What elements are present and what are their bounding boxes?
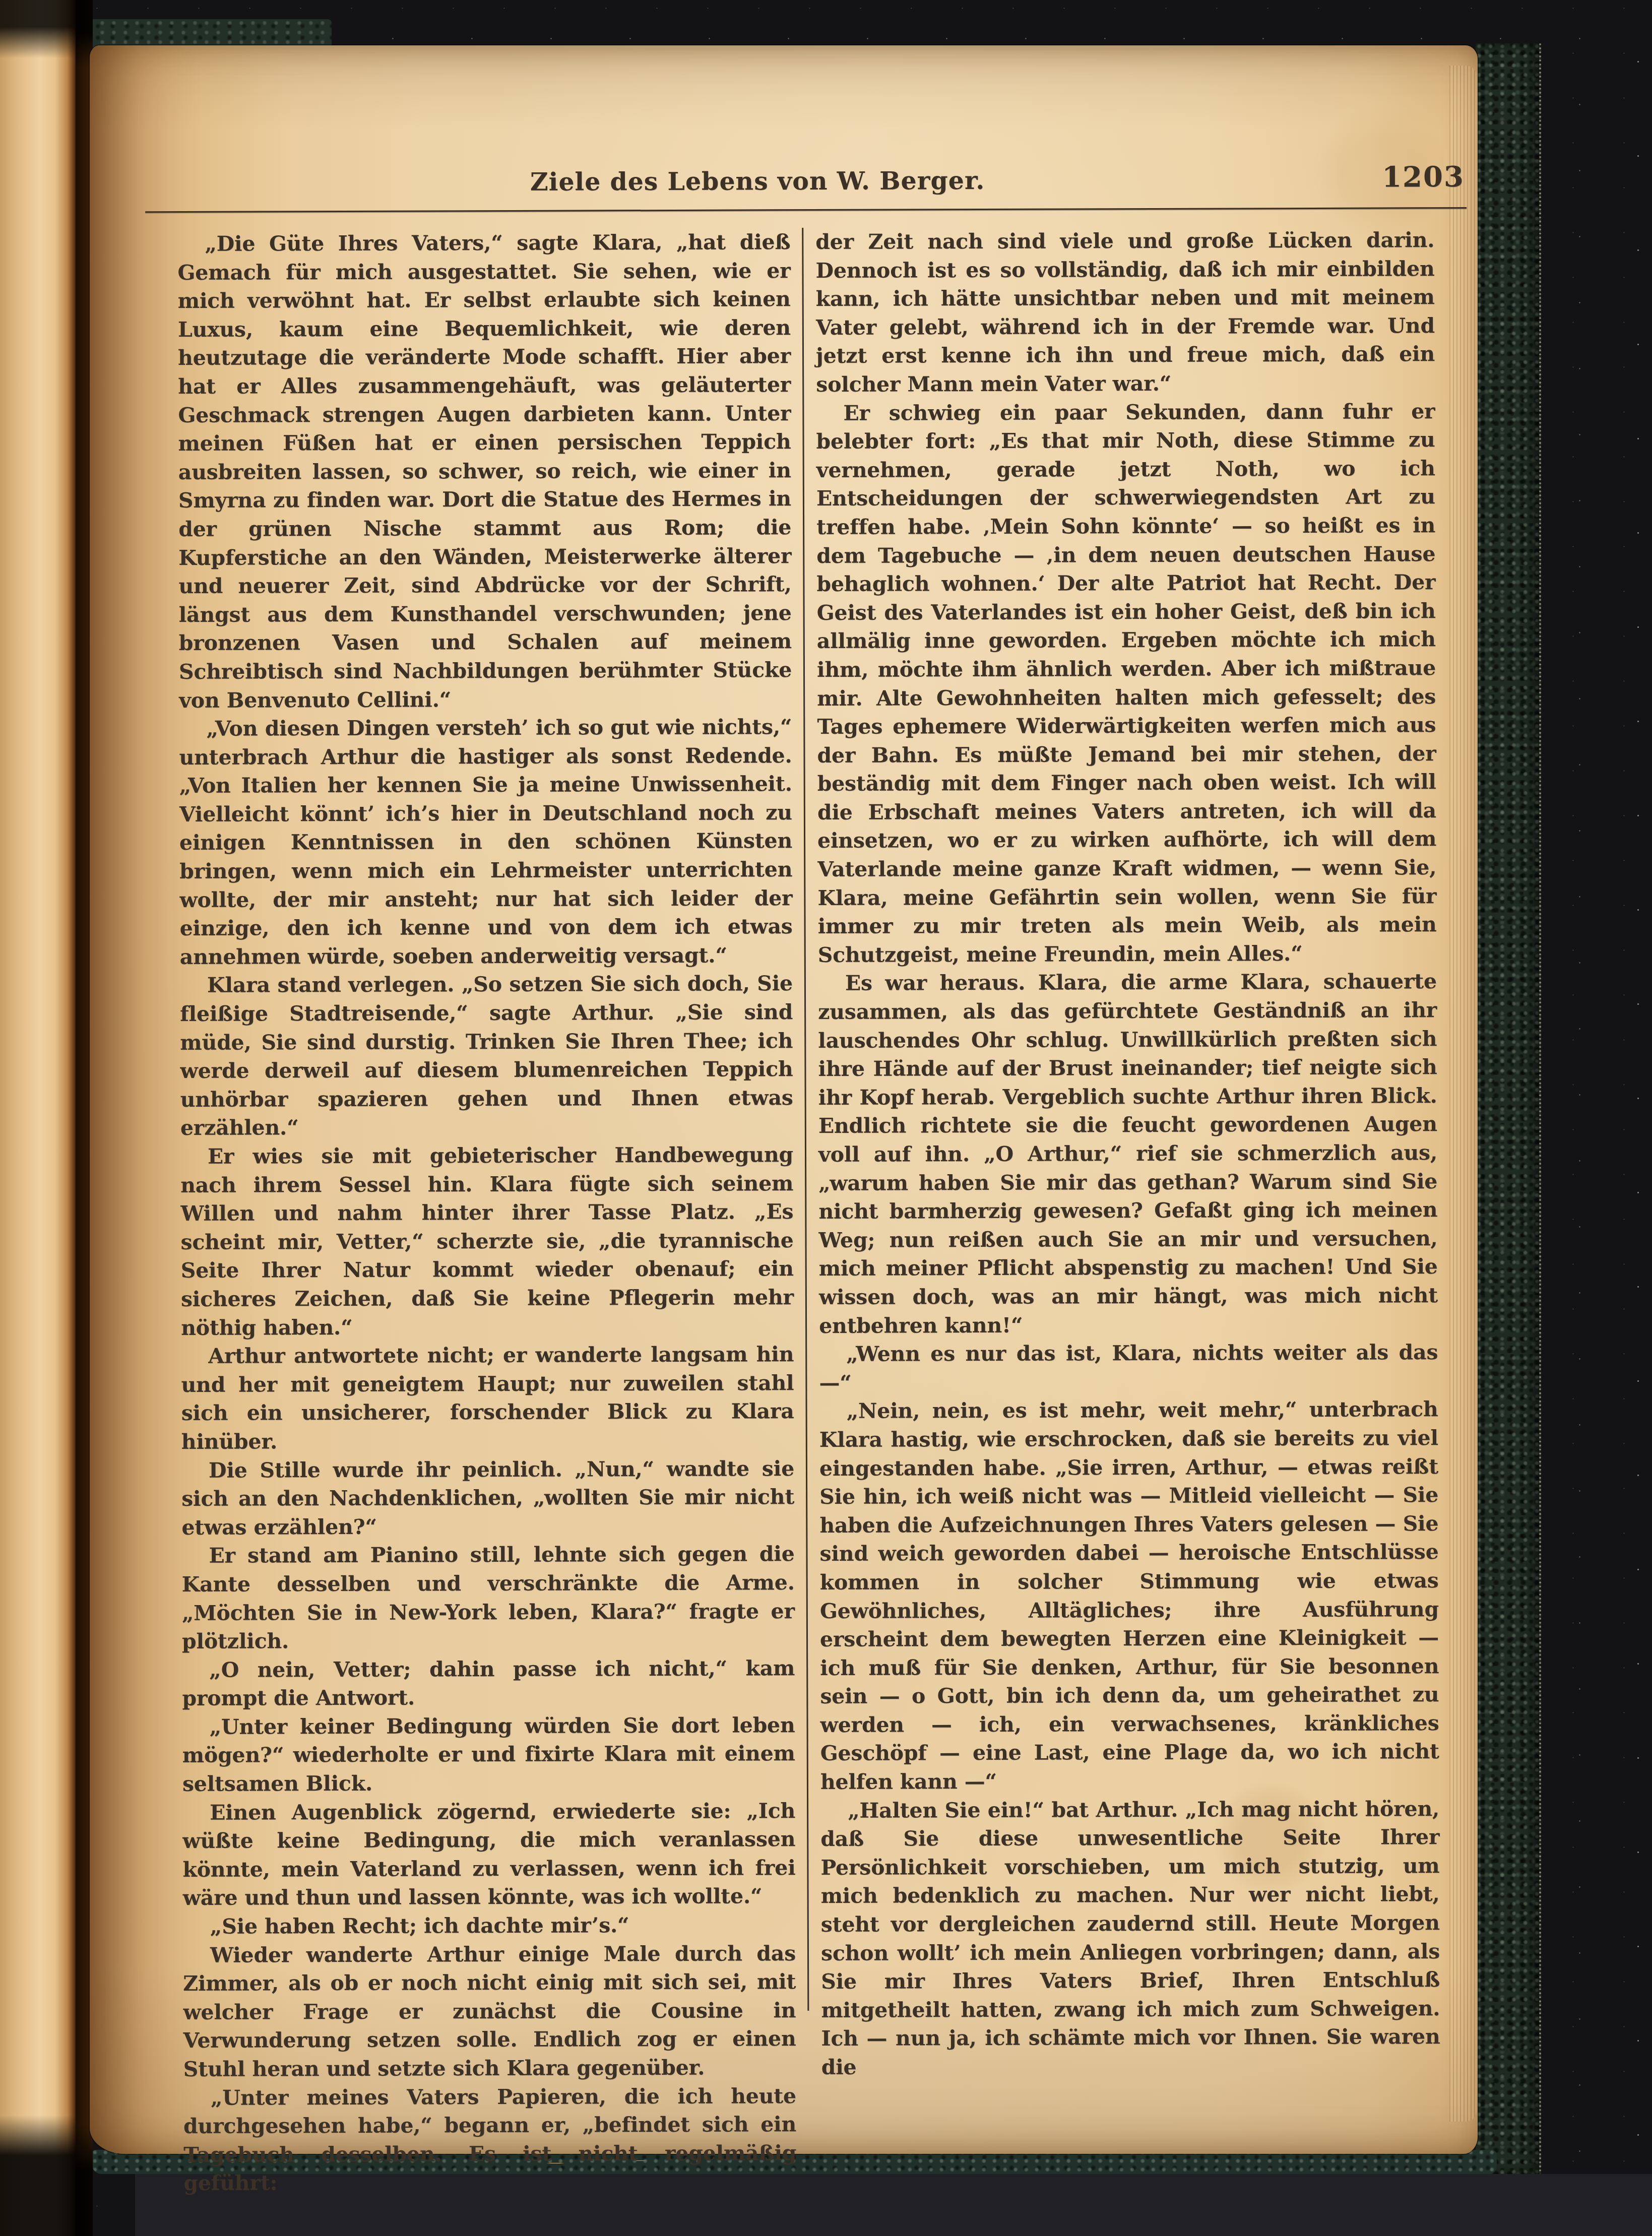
paragraph: „Unter meines Vaters Papieren, die ich h… <box>183 2082 797 2198</box>
facing-page-edge <box>0 0 77 2236</box>
paragraph: Die Stille wurde ihr peinlich. „Nun,“ wa… <box>181 1454 795 1542</box>
text-column-right: der Zeit nach sind viele und große Lücke… <box>815 226 1440 2196</box>
paragraph: „O nein, Vetter; dahin passe ich nicht,“… <box>182 1654 795 1713</box>
paragraph: Arthur antwortete nicht; er wanderte lan… <box>181 1340 794 1456</box>
paragraph: „Wenn es nur das ist, Klara, nichts weit… <box>819 1338 1438 1397</box>
paragraph: Er wies sie mit gebieterischer Handbeweg… <box>180 1140 794 1342</box>
paragraph: Er stand am Pianino still, lehnte sich g… <box>181 1540 795 1655</box>
running-header-title: Ziele des Lebens von W. Berger. <box>530 166 985 197</box>
page-content: Ziele des Lebens von W. Berger. 1203 „Di… <box>177 149 1466 229</box>
page-number: 1203 <box>1382 160 1465 194</box>
page-edge-striations <box>1449 66 1477 2122</box>
paragraph: Einen Augenblick zögernd, erwiederte sie… <box>182 1797 796 1912</box>
book-scan-scene: Ziele des Lebens von W. Berger. 1203 „Di… <box>0 0 1652 2236</box>
paragraph: „Nein, nein, es ist mehr, weit mehr,“ un… <box>819 1395 1439 1797</box>
text-columns: „Die Güte Ihres Vaters,“ sagte Klara, „h… <box>177 226 1440 2198</box>
paragraph-continuation: der Zeit nach sind viele und große Lücke… <box>815 226 1435 399</box>
paragraph: Wieder wanderte Arthur einige Male durch… <box>183 1939 796 2084</box>
header-rule <box>145 207 1467 213</box>
paragraph: „Sie haben Recht; ich dachte mir’s.“ <box>183 1910 796 1941</box>
paragraph: Es war heraus. Klara, die arme Klara, sc… <box>818 968 1438 1340</box>
paragraph: „Die Güte Ihres Vaters,“ sagte Klara, „h… <box>177 228 792 715</box>
paragraph: „Halten Sie ein!“ bat Arthur. „Ich mag n… <box>820 1795 1440 2082</box>
paragraph: Er schwieg ein paar Sekunden, dann fuhr … <box>816 397 1437 970</box>
paragraph: „Unter keiner Bedingung würden Sie dort … <box>182 1711 795 1799</box>
paragraph: „Von diesen Dingen versteh’ ich so gut w… <box>179 713 793 971</box>
running-header: Ziele des Lebens von W. Berger. 1203 <box>177 149 1466 229</box>
text-column-left: „Die Güte Ihres Vaters,“ sagte Klara, „h… <box>177 228 796 2198</box>
paragraph: Klara stand verlegen. „So setzen Sie sic… <box>180 970 793 1142</box>
book-cover-right-edge <box>1476 43 1541 2174</box>
